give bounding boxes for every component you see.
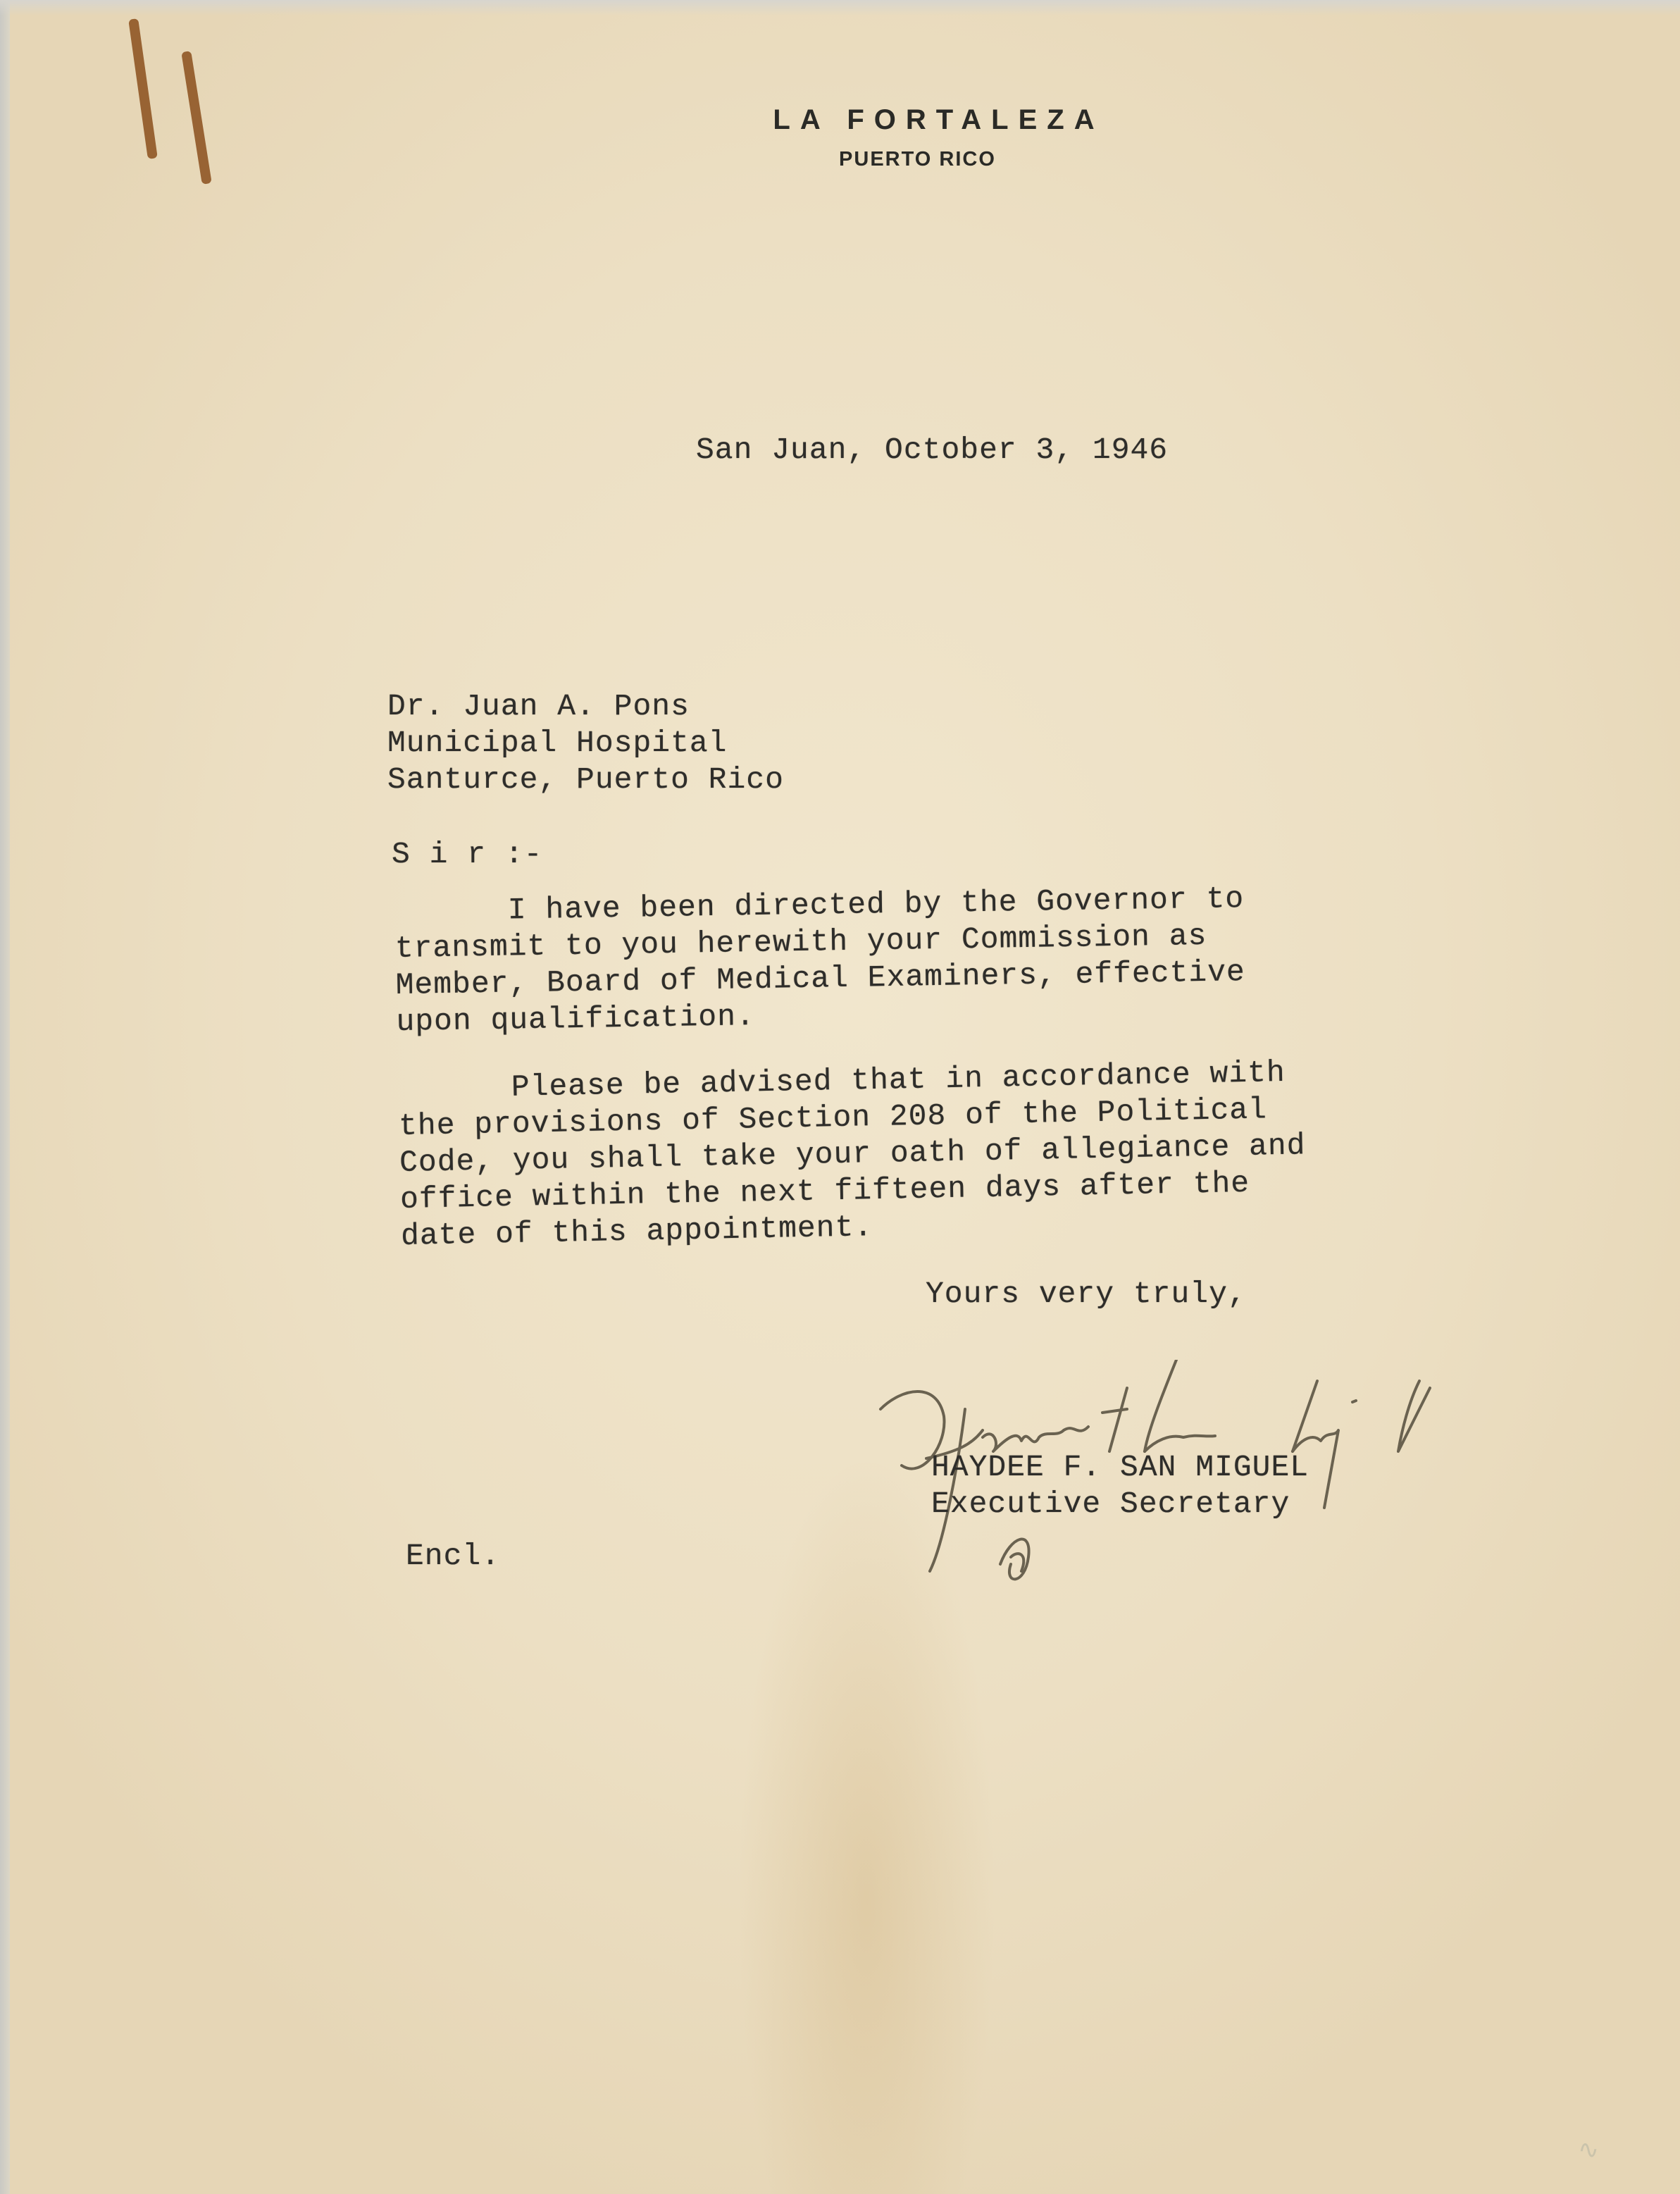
dateline: San Juan, October 3, 1946: [696, 433, 1168, 468]
body-line: date of this appointment.: [401, 1210, 873, 1254]
enclosure-note: Encl.: [406, 1539, 500, 1574]
rust-stain-mark: [128, 18, 158, 159]
recipient-institution: Municipal Hospital: [387, 726, 727, 761]
body-line: upon qualification.: [396, 999, 755, 1040]
letter-page: LA FORTALEZA PUERTO RICO San Juan, Octob…: [0, 0, 1680, 2194]
salutation: S i r :-: [392, 837, 542, 872]
scan-edge-left: [0, 0, 10, 2194]
scan-edge-top: [0, 0, 1680, 16]
letterhead-subtitle: PUERTO RICO: [77, 148, 1680, 171]
faint-archive-mark: ∿: [1578, 2135, 1599, 2164]
signatory-name: HAYDEE F. SAN MIGUEL: [931, 1450, 1309, 1485]
recipient-name: Dr. Juan A. Pons: [387, 689, 690, 724]
recipient-location: Santurce, Puerto Rico: [387, 762, 784, 798]
closing: Yours very truly,: [926, 1277, 1247, 1312]
letterhead-title: LA FORTALEZA: [99, 104, 1680, 136]
signatory-title: Executive Secretary: [931, 1487, 1290, 1522]
